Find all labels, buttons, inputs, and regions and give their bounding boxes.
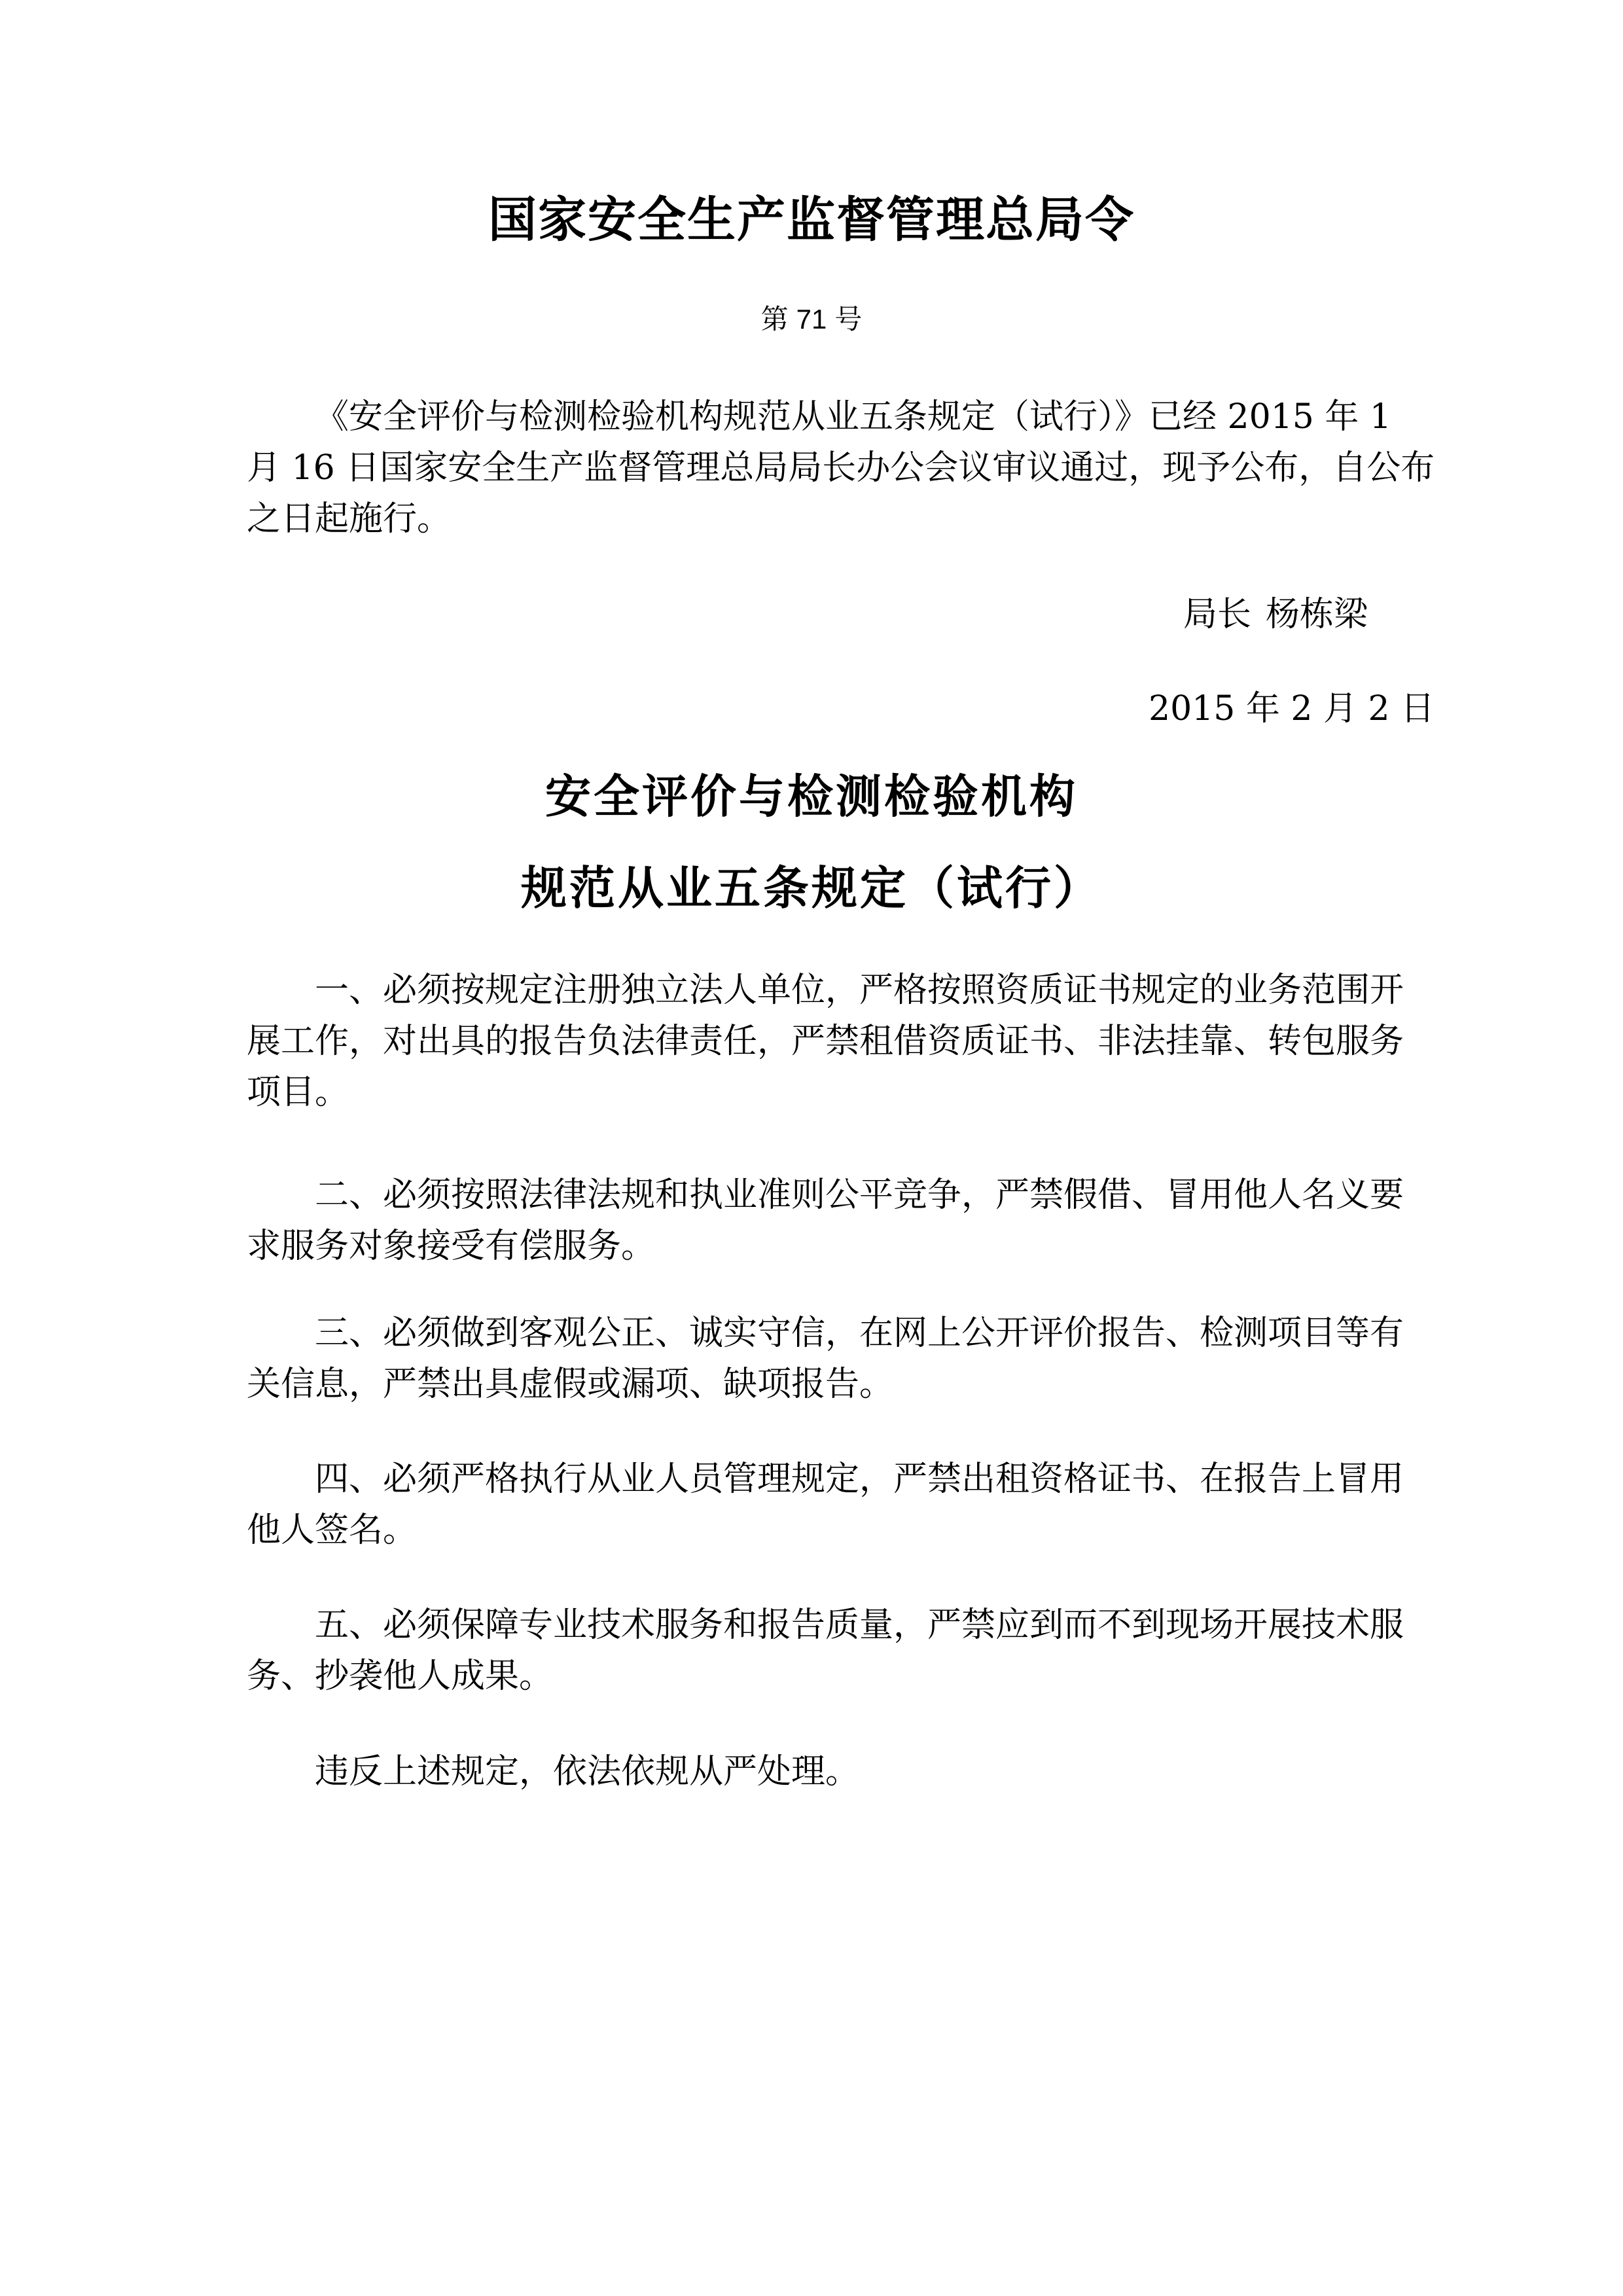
article-line: 项目。 bbox=[247, 1067, 1372, 1118]
closing-line: 违反上述规定，依法依规从严处理。 bbox=[247, 1746, 1372, 1797]
article-line: 一、必须按规定注册独立法人单位，严格按照资质证书规定的业务范围开 bbox=[247, 965, 1372, 1016]
signing-date: 2015 年 2 月 2 日 bbox=[1149, 683, 1374, 734]
article-line: 二、必须按照法律法规和执业准则公平竞争，严禁假借、冒用他人名义要 bbox=[247, 1170, 1372, 1221]
regulation-title-line-1: 安全评价与检测检验机构 bbox=[0, 767, 1623, 826]
article-line: 五、必须保障专业技术服务和报告质量，严禁应到而不到现场开展技术服 bbox=[247, 1600, 1372, 1651]
article-1: 一、必须按规定注册独立法人单位，严格按照资质证书规定的业务范围开 展工作，对出具… bbox=[247, 965, 1372, 1118]
article-line: 求服务对象接受有偿服务。 bbox=[247, 1221, 1372, 1272]
article-4: 四、必须严格执行从业人员管理规定，严禁出租资格证书、在报告上冒用 他人签名。 bbox=[247, 1454, 1372, 1556]
document-title: 国家安全生产监督管理总局令 bbox=[0, 188, 1623, 251]
article-line: 三、必须做到客观公正、诚实守信，在网上公开评价报告、检测项目等有 bbox=[247, 1308, 1372, 1359]
regulation-title-line-2: 规范从业五条规定（试行） bbox=[0, 859, 1623, 918]
article-line: 展工作，对出具的报告负法律责任，严禁租借资质证书、非法挂靠、转包服务 bbox=[247, 1016, 1372, 1067]
signer-name: 杨栋梁 bbox=[1266, 595, 1368, 634]
article-3: 三、必须做到客观公正、诚实守信，在网上公开评价报告、检测项目等有 关信息，严禁出… bbox=[247, 1308, 1372, 1410]
signer-position: 局长 bbox=[1183, 595, 1251, 634]
signer: 局长杨栋梁 bbox=[1183, 589, 1368, 640]
article-line: 务、抄袭他人成果。 bbox=[247, 1651, 1372, 1702]
order-number-value: 71 bbox=[796, 304, 827, 334]
order-number: 第71号 bbox=[0, 300, 1623, 339]
intro-paragraph: 《安全评价与检测检验机构规范从业五条规定（试行）》已经 2015 年 1 月 1… bbox=[247, 391, 1372, 545]
article-line: 他人签名。 bbox=[247, 1505, 1372, 1556]
article-line: 四、必须严格执行从业人员管理规定，严禁出租资格证书、在报告上冒用 bbox=[247, 1454, 1372, 1505]
article-line: 关信息，严禁出具虚假或漏项、缺项报告。 bbox=[247, 1359, 1372, 1410]
closing-statement: 违反上述规定，依法依规从严处理。 bbox=[247, 1746, 1372, 1797]
intro-line: 月 16 日国家安全生产监督管理总局局长办公会议审议通过，现予公布，自公布 bbox=[247, 442, 1372, 493]
article-2: 二、必须按照法律法规和执业准则公平竞争，严禁假借、冒用他人名义要 求服务对象接受… bbox=[247, 1170, 1372, 1272]
intro-line: 《安全评价与检测检验机构规范从业五条规定（试行）》已经 2015 年 1 bbox=[247, 391, 1372, 442]
order-suffix: 号 bbox=[834, 303, 862, 335]
article-5: 五、必须保障专业技术服务和报告质量，严禁应到而不到现场开展技术服 务、抄袭他人成… bbox=[247, 1600, 1372, 1702]
document-page: 国家安全生产监督管理总局令 第71号 《安全评价与检测检验机构规范从业五条规定（… bbox=[0, 0, 1623, 2296]
order-prefix: 第 bbox=[761, 303, 789, 335]
intro-line: 之日起施行。 bbox=[247, 493, 1372, 545]
